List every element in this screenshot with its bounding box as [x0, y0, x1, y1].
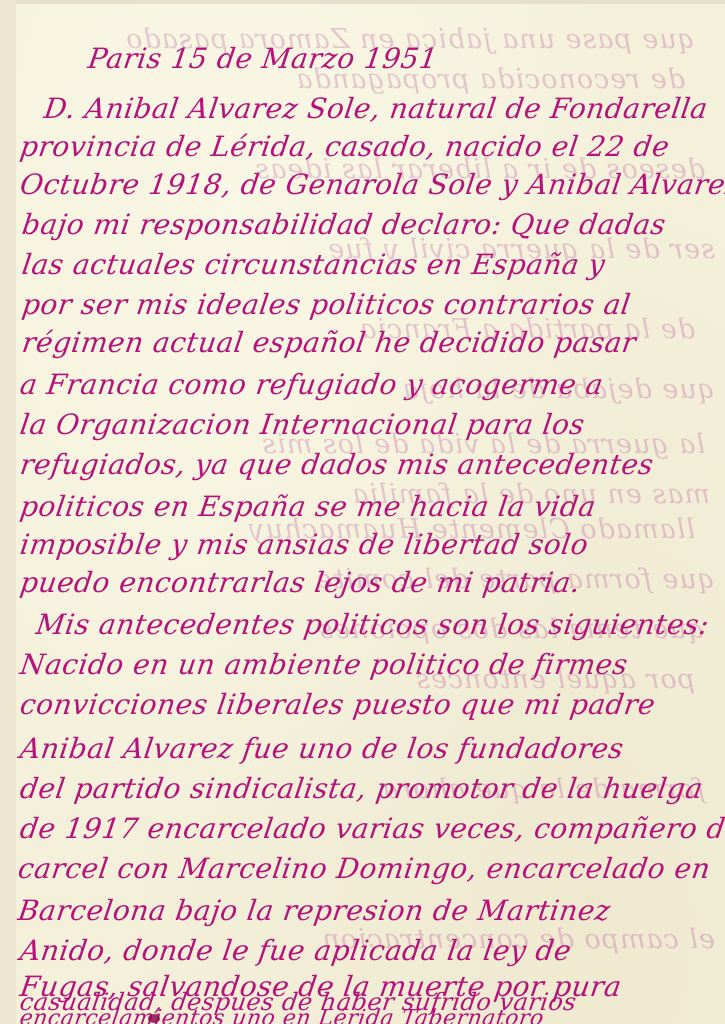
letter-line: Nacido en un ambiente politico de firmes	[18, 648, 630, 681]
letter-line: D. Anibal Alvarez Sole, natural de Fonda…	[42, 92, 710, 125]
letter-line: puedo encontrarlas lejos de mi patria.	[18, 566, 583, 599]
letter-line: encarcelamientos uno en Lérida Tabernato…	[18, 1006, 546, 1024]
letter-line: Mis antecedentes politicos son los sigui…	[34, 608, 711, 641]
letter-line: por ser mis ideales politicos contrarios…	[20, 288, 633, 321]
letter-line: a Francia como refugiado y acogerme a	[18, 368, 606, 401]
letter-line: de 1917 encarcelado varias veces, compañ…	[18, 812, 725, 845]
letter-line: Octubre 1918, de Genarola Sole y Anibal …	[18, 168, 725, 201]
letter-page: que pase una jabica en Zamora pasado de …	[16, 4, 725, 1024]
letter-line: régimen actual español he decidido pasar	[20, 326, 638, 359]
letter-line: provincia de Lérida, casado, nacido el 2…	[18, 130, 672, 163]
letter-line: convicciones liberales puesto que mi pad…	[18, 688, 658, 721]
letter-date-heading: Paris 15 de Marzo 1951	[86, 42, 440, 75]
letter-line: las actuales circunstancias en España y	[20, 248, 607, 281]
letter-line: Anibal Alvarez fue uno de los fundadores	[18, 732, 626, 765]
letter-line: Anido, donde le fue aplicada la ley de	[18, 934, 574, 967]
letter-line: del partido sindicalista, promotor de la…	[18, 772, 705, 805]
letter-line: la Organizacion Internacional para los	[18, 408, 587, 441]
letter-line: imposible y mis ansias de libertad solo	[18, 528, 591, 561]
letter-line: politicos en España se me hacia la vida	[18, 490, 598, 523]
letter-line: refugiados, ya que dados mis antecedente…	[18, 448, 656, 481]
ink-blot	[148, 1014, 160, 1023]
letter-line: bajo mi responsabilidad declaro: Que dad…	[20, 208, 668, 241]
letter-line: Barcelona bajo la represion de Martinez	[16, 894, 613, 927]
letter-line: carcel con Marcelino Domingo, encarcelad…	[16, 852, 713, 885]
